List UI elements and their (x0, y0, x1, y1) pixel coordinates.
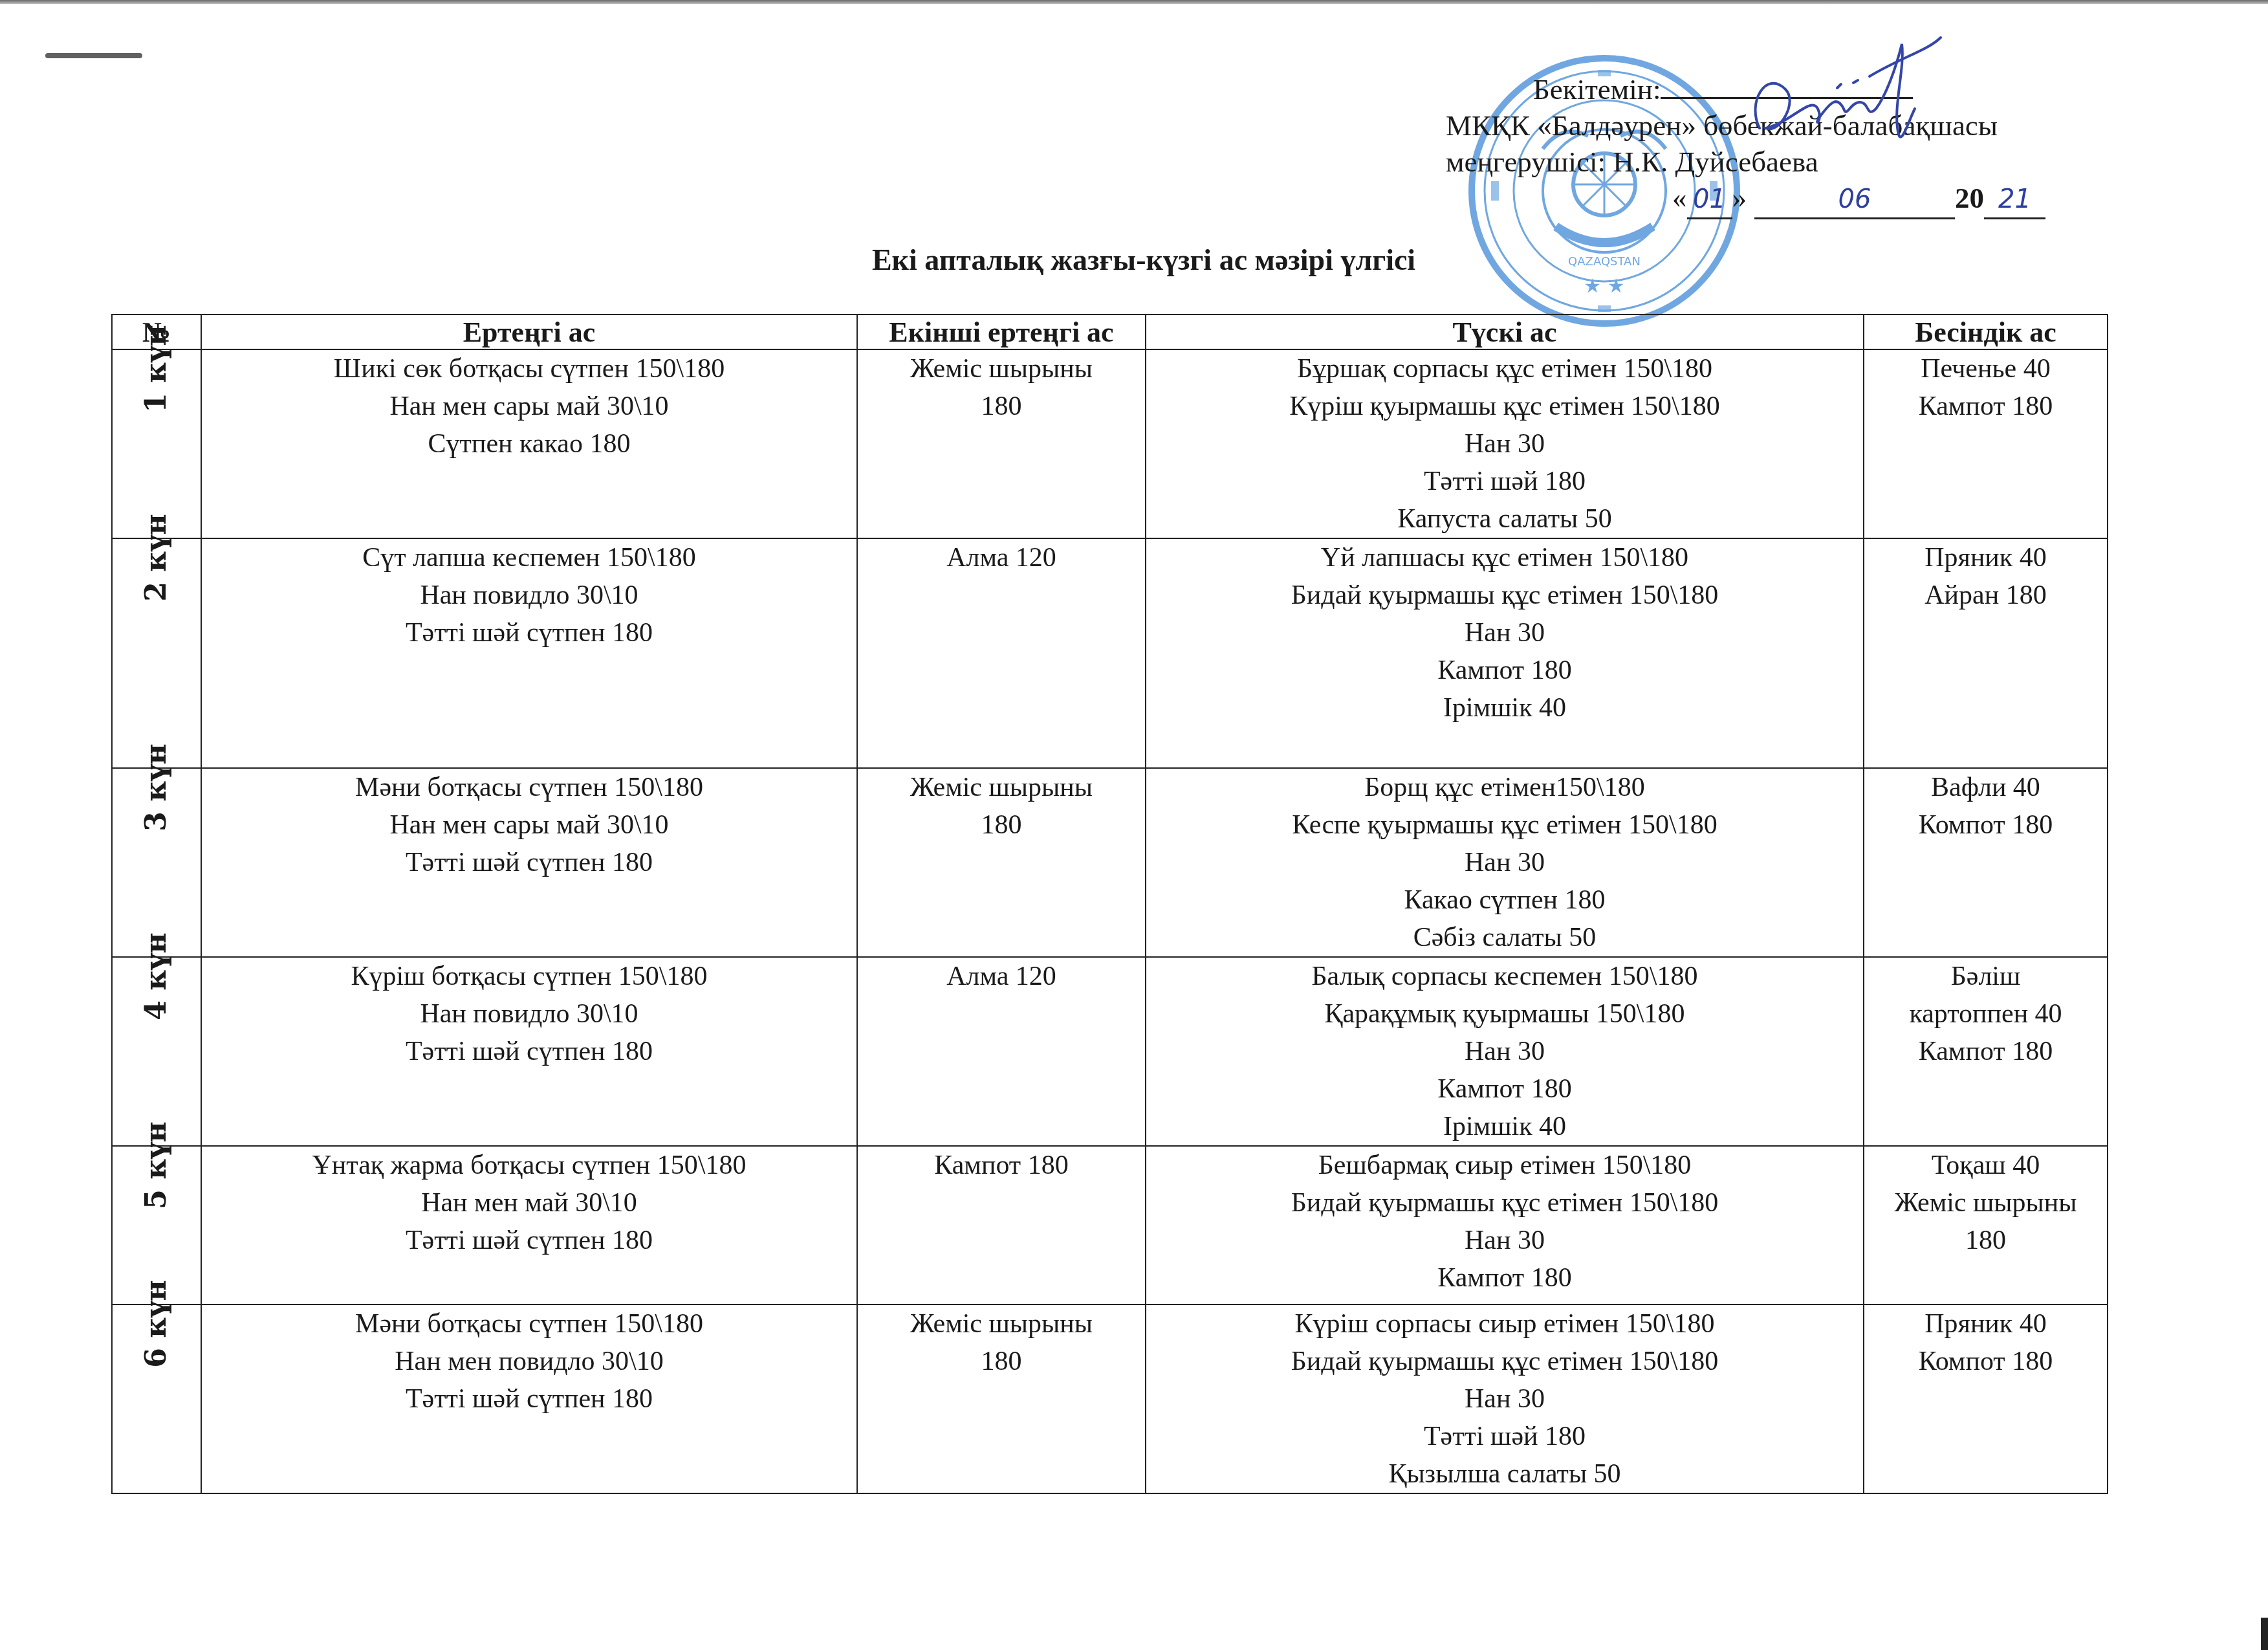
menu-item: Қарақұмық қуырмашы 150\180 (1146, 995, 1863, 1033)
menu-item: Жеміс шырыны (858, 769, 1145, 806)
menu-item: Үй лапшасы құс етімен 150\180 (1146, 539, 1863, 577)
menu-item: Балық сорпасы кеспемен 150\180 (1146, 958, 1863, 995)
snack-cell: Печенье 40Кампот 180 (1864, 349, 2108, 538)
breakfast-cell: Мәни ботқасы сүтпен 150\180Нан мен сары … (201, 768, 857, 957)
menu-item: Ұнтақ жарма ботқасы сүтпен 150\180 (202, 1147, 856, 1184)
menu-item: Капуста салаты 50 (1146, 500, 1863, 538)
approval-date: «01»062021 (1446, 180, 2093, 219)
menu-item: 180 (858, 806, 1145, 844)
menu-item: Тәтті шәй 180 (1146, 463, 1863, 500)
menu-item: Нан 30 (1146, 1380, 1863, 1418)
second-breakfast-cell: Алма 120 (857, 538, 1146, 768)
second-breakfast-cell: Жеміс шырыны180 (857, 768, 1146, 957)
table-header-row: № Ертеңгі ас Екінші ертеңгі ас Түскі ас … (112, 314, 2108, 349)
menu-item: Нан мен май 30\10 (202, 1184, 856, 1222)
day-cell: 3 күн (112, 768, 201, 957)
date-month: 06 (1754, 181, 1955, 219)
day-label: 2 күн (138, 514, 175, 601)
menu-item: Нан 30 (1146, 425, 1863, 463)
menu-item: Ірімшік 40 (1146, 1108, 1863, 1145)
menu-item: Кампот 180 (1146, 652, 1863, 689)
menu-item: Печенье 40 (1864, 350, 2107, 388)
menu-table: № Ертеңгі ас Екінші ертеңгі ас Түскі ас … (111, 314, 2108, 1494)
day-cell: 4 күн (112, 957, 201, 1146)
menu-item: Борщ құс етімен150\180 (1146, 769, 1863, 806)
menu-item: Какао сүтпен 180 (1146, 881, 1863, 919)
menu-item: Компот 180 (1864, 806, 2107, 844)
menu-item: Кампот 180 (1146, 1070, 1863, 1108)
menu-item: Бәліш (1864, 958, 2107, 995)
day-cell: 2 күн (112, 538, 201, 768)
menu-item: Күріш сорпасы сиыр етімен 150\180 (1146, 1305, 1863, 1343)
header-lunch: Түскі ас (1146, 314, 1864, 349)
menu-item: Күріш ботқасы сүтпен 150\180 (202, 958, 856, 995)
menu-item: Мәни ботқасы сүтпен 150\180 (202, 769, 856, 806)
menu-item: Кеспе қуырмашы құс етімен 150\180 (1146, 806, 1863, 844)
menu-item: Нан 30 (1146, 844, 1863, 881)
breakfast-cell: Күріш ботқасы сүтпен 150\180Нан повидло … (201, 957, 857, 1146)
menu-item: Нан мен повидло 30\10 (202, 1343, 856, 1380)
header-breakfast: Ертеңгі ас (201, 314, 857, 349)
breakfast-cell: Ұнтақ жарма ботқасы сүтпен 150\180Нан ме… (201, 1146, 857, 1304)
menu-item: Нан 30 (1146, 614, 1863, 652)
table-row: 6 күнМәни ботқасы сүтпен 150\180Нан мен … (112, 1304, 2108, 1493)
breakfast-cell: Шикі сөк ботқасы сүтпен 150\180Нан мен с… (201, 349, 857, 538)
menu-item: Сүтпен какао 180 (202, 425, 856, 463)
scan-artifact-edge (2261, 1618, 2268, 1650)
table-row: 2 күнСүт лапша кеспемен 150\180Нан повид… (112, 538, 2108, 768)
menu-item: Қызылша салаты 50 (1146, 1455, 1863, 1493)
menu-item: Тәтті шәй сүтпен 180 (202, 1222, 856, 1259)
menu-item: Бұршақ сорпасы құс етімен 150\180 (1146, 350, 1863, 388)
menu-item: Айран 180 (1864, 577, 2107, 614)
menu-item: Тәтті шәй сүтпен 180 (202, 614, 856, 652)
lunch-cell: Балық сорпасы кеспемен 150\180Қарақұмық … (1146, 957, 1864, 1146)
menu-item: Бешбармақ сиыр етімен 150\180 (1146, 1147, 1863, 1184)
menu-item: Сүт лапша кеспемен 150\180 (202, 539, 856, 577)
document-title: Екі апталық жазғы-күзгі ас мәзірі үлгісі (0, 243, 2268, 277)
snack-cell: Вафли 40Компот 180 (1864, 768, 2108, 957)
lunch-cell: Бешбармақ сиыр етімен 150\180Бидай қуырм… (1146, 1146, 1864, 1304)
menu-item: 180 (1864, 1222, 2107, 1259)
menu-item: Тәтті шәй 180 (1146, 1418, 1863, 1455)
lunch-cell: Үй лапшасы құс етімен 150\180Бидай қуырм… (1146, 538, 1864, 768)
menu-item: Алма 120 (858, 539, 1145, 577)
menu-item: Сәбіз салаты 50 (1146, 919, 1863, 956)
table-row: 1 күнШикі сөк ботқасы сүтпен 150\180Нан … (112, 349, 2108, 538)
menu-item: Тәтті шәй сүтпен 180 (202, 1033, 856, 1070)
snack-cell: Пряник 40Компот 180 (1864, 1304, 2108, 1493)
menu-item: Кампот 180 (1864, 1033, 2107, 1070)
table-row: 3 күнМәни ботқасы сүтпен 150\180Нан мен … (112, 768, 2108, 957)
menu-item: Нан 30 (1146, 1033, 1863, 1070)
day-label: 3 күн (138, 743, 175, 831)
table-row: 4 күнКүріш ботқасы сүтпен 150\180Нан пов… (112, 957, 2108, 1146)
approve-label: Бекітемін: (1533, 73, 1661, 105)
menu-item: Бидай қуырмашы құс етімен 150\180 (1146, 1184, 1863, 1222)
second-breakfast-cell: Кампот 180 (857, 1146, 1146, 1304)
day-label: 5 күн (138, 1121, 175, 1209)
lunch-cell: Бұршақ сорпасы құс етімен 150\180Күріш қ… (1146, 349, 1864, 538)
second-breakfast-cell: Жеміс шырыны180 (857, 349, 1146, 538)
menu-item: Пряник 40 (1864, 539, 2107, 577)
menu-item: Жеміс шырыны (858, 350, 1145, 388)
menu-item: Нан повидло 30\10 (202, 995, 856, 1033)
menu-item: Нан повидло 30\10 (202, 577, 856, 614)
day-label: 1 күн (138, 325, 175, 412)
snack-cell: Тоқаш 40Жеміс шырыны180 (1864, 1146, 2108, 1304)
menu-item: Нан мен сары май 30\10 (202, 806, 856, 844)
table-row: 5 күнҰнтақ жарма ботқасы сүтпен 150\180Н… (112, 1146, 2108, 1304)
menu-item: Кампот 180 (1864, 388, 2107, 425)
breakfast-cell: Мәни ботқасы сүтпен 150\180Нан мен повид… (201, 1304, 857, 1493)
menu-item: Күріш қуырмашы құс етімен 150\180 (1146, 388, 1863, 425)
header-second-breakfast: Екінші ертеңгі ас (857, 314, 1146, 349)
menu-item: Тәтті шәй сүтпен 180 (202, 1380, 856, 1418)
menu-item: Нан мен сары май 30\10 (202, 388, 856, 425)
menu-item: 180 (858, 1343, 1145, 1380)
menu-item: картоппен 40 (1864, 995, 2107, 1033)
snack-cell: Бәлішкартоппен 40Кампот 180 (1864, 957, 2108, 1146)
handwritten-signature-icon (1740, 31, 1947, 154)
second-breakfast-cell: Жеміс шырыны180 (857, 1304, 1146, 1493)
menu-item: Жеміс шырыны (1864, 1184, 2107, 1222)
scan-artifact-mark (45, 53, 142, 58)
menu-item: Тәтті шәй сүтпен 180 (202, 844, 856, 881)
scan-top-edge (0, 0, 2268, 4)
day-label: 4 күн (138, 932, 175, 1020)
menu-item: Шикі сөк ботқасы сүтпен 150\180 (202, 350, 856, 388)
menu-item: Бидай қуырмашы құс етімен 150\180 (1146, 1343, 1863, 1380)
date-day: 01 (1687, 181, 1732, 219)
day-label: 6 күн (138, 1280, 175, 1367)
menu-item: Вафли 40 (1864, 769, 2107, 806)
menu-item: Кампот 180 (1146, 1259, 1863, 1297)
menu-item: Жеміс шырыны (858, 1305, 1145, 1343)
breakfast-cell: Сүт лапша кеспемен 150\180Нан повидло 30… (201, 538, 857, 768)
menu-item: Пряник 40 (1864, 1305, 2107, 1343)
date-year-suffix: 21 (1984, 181, 2045, 219)
menu-item: Нан 30 (1146, 1222, 1863, 1259)
day-cell: 1 күн (112, 349, 201, 538)
menu-item: Мәни ботқасы сүтпен 150\180 (202, 1305, 856, 1343)
date-year-prefix: 20 (1955, 182, 1984, 214)
menu-item: Ірімшік 40 (1146, 689, 1863, 727)
menu-item: Компот 180 (1864, 1343, 2107, 1380)
menu-item: Бидай қуырмашы құс етімен 150\180 (1146, 577, 1863, 614)
menu-item: Кампот 180 (858, 1147, 1145, 1184)
second-breakfast-cell: Алма 120 (857, 957, 1146, 1146)
menu-item: Тоқаш 40 (1864, 1147, 2107, 1184)
menu-item: Алма 120 (858, 958, 1145, 995)
header-snack: Бесіндік ас (1864, 314, 2108, 349)
day-cell: 6 күн (112, 1304, 201, 1493)
snack-cell: Пряник 40Айран 180 (1864, 538, 2108, 768)
lunch-cell: Борщ құс етімен150\180Кеспе қуырмашы құс… (1146, 768, 1864, 957)
menu-item: 180 (858, 388, 1145, 425)
svg-text:★ ★: ★ ★ (1584, 275, 1624, 298)
lunch-cell: Күріш сорпасы сиыр етімен 150\180Бидай қ… (1146, 1304, 1864, 1493)
